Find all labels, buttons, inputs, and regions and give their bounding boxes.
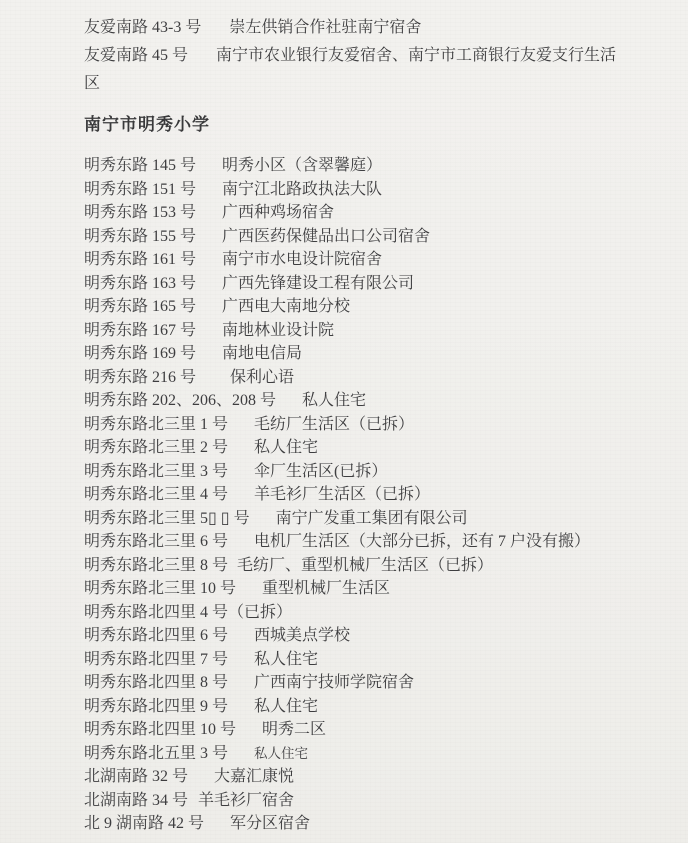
entry-description: 私人住宅 (254, 651, 318, 668)
address-row: 明秀东路 161 号南宁市水电设计院宿舍 (84, 248, 648, 272)
entry-address: 明秀东路北三里 4 号 (84, 486, 228, 503)
entry-address: 明秀东路北三里 8 号 (84, 557, 228, 574)
entry-description: 南宁广发重工集团有限公司 (276, 510, 468, 527)
entry-description: 保利心语 (230, 369, 294, 386)
entry-description: 崇左供销合作社驻南宁宿舍 (229, 19, 421, 36)
entry-address: 明秀东路 167 号 (84, 322, 196, 339)
address-entry-continuation: 区 (84, 70, 648, 98)
address-row: 明秀东路 169 号南地电信局 (84, 342, 648, 366)
address-row: 明秀东路北三里 2 号私人住宅 (84, 436, 648, 460)
entry-description: 军分区宿舍 (230, 815, 310, 832)
entry-description: 大嘉汇康悦 (214, 768, 294, 785)
entry-address: 明秀东路 155 号 (84, 228, 196, 245)
entry-description: 伞厂生活区(已拆） (254, 463, 387, 480)
address-row: 明秀东路北四里 10 号明秀二区 (84, 718, 648, 742)
address-row: 明秀东路 145 号明秀小区（含翠馨庭） (84, 154, 648, 178)
entry-description: 南宁市农业银行友爱宿舍、南宁市工商银行友爱支行生活 (216, 47, 616, 64)
address-row: 明秀东路 163 号广西先锋建设工程有限公司 (84, 272, 648, 296)
address-row: 明秀东路 216 号保利心语 (84, 366, 648, 390)
entry-description: 广西电大南地分校 (222, 298, 350, 315)
entry-address: 明秀东路北五里 3 号 (84, 745, 228, 762)
entry-address: 明秀东路北四里 8 号 (84, 674, 228, 691)
entry-address: 明秀东路北四里 9 号 (84, 698, 228, 715)
entry-address: 明秀东路北三里 5▯ ▯ 号 (84, 510, 250, 527)
address-row: 北湖南路 34 号羊毛衫厂宿舍 (84, 789, 648, 813)
entry-address: 明秀东路 151 号 (84, 181, 196, 198)
address-row: 明秀东路 202、206、208 号私人住宅 (84, 389, 648, 413)
entry-address: 明秀东路北三里 6 号 (84, 533, 228, 550)
address-row: 明秀东路北四里 9 号私人住宅 (84, 695, 648, 719)
entry-description: 广西先锋建设工程有限公司 (222, 275, 414, 292)
address-entry: 友爱南路 45 号南宁市农业银行友爱宿舍、南宁市工商银行友爱支行生活 (84, 42, 648, 70)
entry-address: 明秀东路北三里 10 号 (84, 580, 236, 597)
entry-address: 明秀东路 216 号 (84, 369, 196, 386)
entry-description: 羊毛衫厂生活区（已拆） (254, 486, 430, 503)
entry-description: 重型机械厂生活区 (262, 580, 390, 597)
entry-description: 电机厂生活区（大部分已拆，还有 7 户没有搬） (254, 533, 590, 550)
entry-description: 西城美点学校 (254, 627, 350, 644)
address-row: 明秀东路北三里 5▯ ▯ 号南宁广发重工集团有限公司 (84, 507, 648, 531)
entry-address: 明秀东路 163 号 (84, 275, 196, 292)
address-row: 明秀东路北三里 3 号伞厂生活区(已拆） (84, 460, 648, 484)
entry-address: 明秀东路北三里 1 号 (84, 416, 228, 433)
entry-address: 友爱南路 43-3 号 (84, 19, 201, 36)
entry-description: 南地电信局 (222, 345, 302, 362)
address-row: 明秀东路北三里 10 号重型机械厂生活区 (84, 577, 648, 601)
address-row: 明秀东路北四里 6 号西城美点学校 (84, 624, 648, 648)
entry-description: 私人住宅 (254, 439, 318, 456)
address-list: 明秀东路 145 号明秀小区（含翠馨庭） 明秀东路 151 号南宁江北路政执法大… (84, 154, 648, 836)
entry-description: 南宁市水电设计院宿舍 (222, 251, 382, 268)
entry-description: 南宁江北路政执法大队 (222, 181, 382, 198)
entry-description: 明秀小区（含翠馨庭） (222, 157, 382, 174)
entry-description: 南地林业设计院 (222, 322, 334, 339)
entry-description: 毛纺厂、重型机械厂生活区（已拆） (237, 557, 493, 574)
entry-address: 明秀东路 145 号 (84, 157, 196, 174)
entry-address: 明秀东路 165 号 (84, 298, 196, 315)
document-content: 友爱南路 43-3 号崇左供销合作社驻南宁宿舍 友爱南路 45 号南宁市农业银行… (0, 0, 688, 836)
entry-address: 明秀东路北四里 4 号（已拆） (84, 604, 292, 621)
address-row: 明秀东路北四里 7 号私人住宅 (84, 648, 648, 672)
entry-address: 明秀东路 169 号 (84, 345, 196, 362)
scanned-document-page: 友爱南路 43-3 号崇左供销合作社驻南宁宿舍 友爱南路 45 号南宁市农业银行… (0, 0, 688, 843)
entry-address: 明秀东路北四里 10 号 (84, 721, 236, 738)
section-heading: 南宁市明秀小学 (84, 113, 648, 137)
entry-description: 毛纺厂生活区（已拆） (254, 416, 414, 433)
entry-description: 广西医药保健品出口公司宿舍 (222, 228, 430, 245)
entry-description: 私人住宅 (302, 392, 366, 409)
address-row: 明秀东路北四里 4 号（已拆） (84, 601, 648, 625)
entry-address: 明秀东路北三里 3 号 (84, 463, 228, 480)
entry-description: 私人住宅 (254, 698, 318, 715)
address-row: 明秀东路 165 号广西电大南地分校 (84, 295, 648, 319)
entry-address: 明秀东路 153 号 (84, 204, 196, 221)
address-row: 明秀东路北三里 8 号毛纺厂、重型机械厂生活区（已拆） (84, 554, 648, 578)
address-row: 明秀东路 153 号广西种鸡场宿舍 (84, 201, 648, 225)
address-row: 明秀东路北三里 6 号电机厂生活区（大部分已拆，还有 7 户没有搬） (84, 530, 648, 554)
entry-description: 广西南宁技师学院宿舍 (254, 674, 414, 691)
entry-address: 友爱南路 45 号 (84, 47, 188, 64)
entry-address: 明秀东路北四里 6 号 (84, 627, 228, 644)
entry-address: 北湖南路 34 号 (84, 792, 188, 809)
address-row: 明秀东路北三里 4 号羊毛衫厂生活区（已拆） (84, 483, 648, 507)
address-row: 明秀东路 155 号广西医药保健品出口公司宿舍 (84, 225, 648, 249)
address-row: 明秀东路北四里 8 号广西南宁技师学院宿舍 (84, 671, 648, 695)
entry-description: 明秀二区 (262, 721, 326, 738)
entry-address: 明秀东路北四里 7 号 (84, 651, 228, 668)
entry-address: 明秀东路 202、206、208 号 (84, 392, 276, 409)
entry-address: 北 9 湖南路 42 号 (84, 815, 204, 832)
address-row: 北 9 湖南路 42 号军分区宿舍 (84, 812, 648, 836)
entry-description: 私人住宅 (254, 746, 308, 761)
address-row: 明秀东路北三里 1 号毛纺厂生活区（已拆） (84, 413, 648, 437)
entry-address: 明秀东路北三里 2 号 (84, 439, 228, 456)
intro-section: 友爱南路 43-3 号崇左供销合作社驻南宁宿舍 友爱南路 45 号南宁市农业银行… (84, 14, 648, 98)
address-row: 北湖南路 32 号大嘉汇康悦 (84, 765, 648, 789)
entry-address: 北湖南路 32 号 (84, 768, 188, 785)
entry-description: 羊毛衫厂宿舍 (198, 792, 294, 809)
address-row: 明秀东路北五里 3 号私人住宅 (84, 742, 648, 766)
entry-description: 广西种鸡场宿舍 (222, 204, 334, 221)
entry-address: 明秀东路 161 号 (84, 251, 196, 268)
address-entry: 友爱南路 43-3 号崇左供销合作社驻南宁宿舍 (84, 14, 648, 42)
address-row: 明秀东路 151 号南宁江北路政执法大队 (84, 178, 648, 202)
address-row: 明秀东路 167 号南地林业设计院 (84, 319, 648, 343)
